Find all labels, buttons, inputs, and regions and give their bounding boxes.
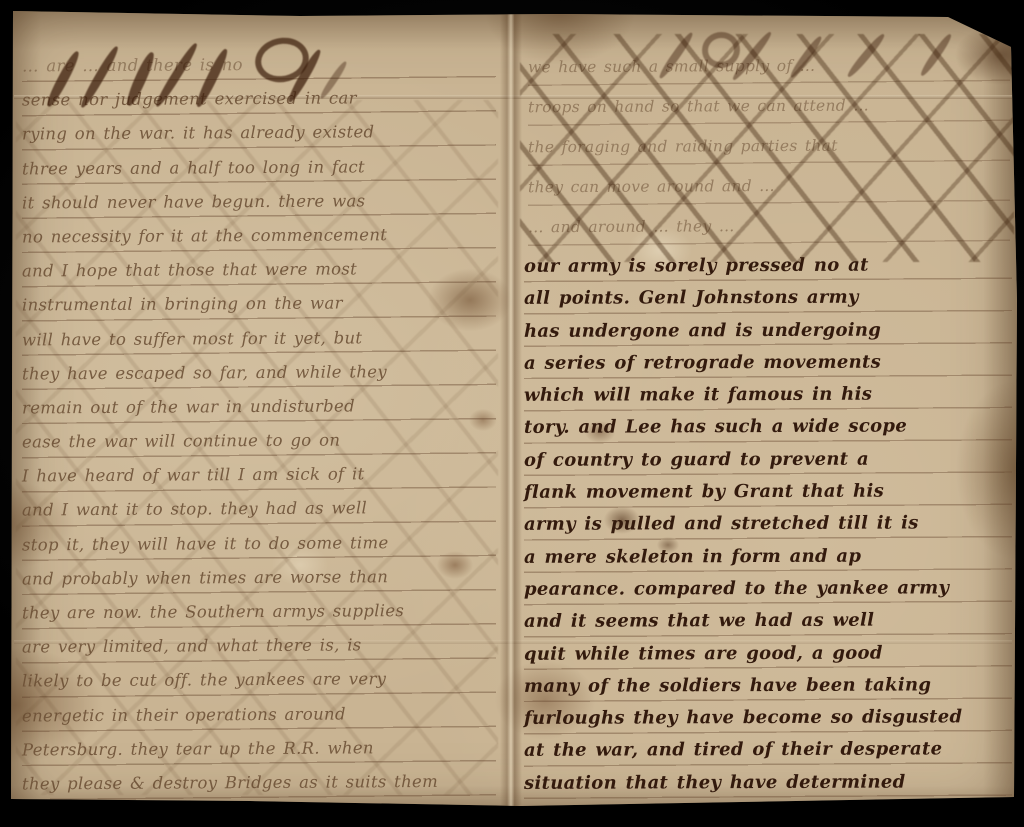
handwriting-line: likely to be cut off. the yankees are ve… — [22, 662, 496, 699]
handwriting-line: it should never have begun. there was — [22, 183, 496, 220]
handwriting-line-faint: … and around … they … — [528, 205, 1010, 248]
handwriting-line: quit while times are good, a good — [524, 637, 1012, 671]
handwriting-line: will have to suffer most for it yet, but — [22, 320, 496, 357]
handwriting-line: tory. and Lee has such a wide scope — [524, 411, 1012, 445]
handwriting-line: three years and a half too long in fact — [22, 149, 496, 186]
handwriting-line: are very limited, and what there is, is — [22, 628, 496, 665]
right-page-handwriting: our army is sorely pressed no at all poi… — [524, 250, 1012, 800]
handwriting-line: furloughs they have become so disgusted — [524, 701, 1012, 735]
handwriting-line: has undergone and is undergoing — [524, 314, 1012, 348]
handwriting-line: a series of retrograde movements — [524, 346, 1012, 380]
handwriting-line: stop it, they will have it to do some ti… — [22, 525, 496, 562]
left-page-handwriting: … are … and there is no sense nor judgem… — [22, 48, 496, 801]
handwriting-line: our army is sorely pressed no at — [524, 249, 1012, 283]
handwriting-line-faint: they can move around and … — [528, 165, 1010, 208]
letter-paper: … are … and there is no sense nor judgem… — [0, 0, 1024, 827]
handwriting-line: they are now. the Southern armys supplie… — [22, 594, 496, 631]
handwriting-line: rying on the war. it has already existed — [22, 115, 496, 152]
handwriting-line: and I hope that those that were most — [22, 252, 496, 289]
center-fold-crease — [500, 10, 522, 807]
handwriting-line: situation that they have determined — [524, 766, 1012, 800]
handwriting-line-faint: the foraging and raiding parties that — [528, 125, 1010, 168]
right-page-faint-handwriting: we have such a small supply of … troops … — [528, 46, 1010, 246]
handwriting-line: of country to guard to prevent a — [524, 443, 1012, 477]
handwriting-line: and it seems that we had as well — [524, 604, 1012, 638]
handwriting-line: energetic in their operations around — [22, 696, 496, 733]
handwriting-line: flank movement by Grant that his — [524, 475, 1012, 509]
handwriting-line: remain out of the war in undisturbed — [22, 388, 496, 425]
handwriting-line: and I want it to stop. they had as well — [22, 491, 496, 528]
handwriting-line: instrumental in bringing on the war — [22, 286, 496, 323]
handwriting-line: they have escaped so far, and while they — [22, 354, 496, 391]
handwriting-line: and probably when times are worse than — [22, 559, 496, 596]
handwriting-line: no necessity for it at the commencement — [22, 217, 496, 254]
handwriting-line: pearance. compared to the yankee army — [524, 572, 1012, 606]
handwriting-line: all points. Genl Johnstons army — [524, 281, 1012, 315]
handwriting-line: they please & destroy Bridges as it suit… — [22, 764, 496, 801]
handwriting-line-faint: troops on hand so that we can attend … — [528, 85, 1010, 128]
handwriting-line: army is pulled and stretched till it is — [524, 508, 1012, 542]
handwriting-line: many of the soldiers have been taking — [524, 669, 1012, 703]
handwriting-line: ease the war will continue to go on — [22, 423, 496, 460]
handwriting-line: Petersburg. they tear up the R.R. when — [22, 730, 496, 767]
scanner-background: … are … and there is no sense nor judgem… — [0, 0, 1024, 827]
handwriting-line: which will make it famous in his — [524, 378, 1012, 412]
handwriting-line: a mere skeleton in form and ap — [524, 540, 1012, 574]
handwriting-line: I have heard of war till I am sick of it — [22, 457, 496, 494]
handwriting-line: at the war, and tired of their desperate — [524, 734, 1012, 768]
